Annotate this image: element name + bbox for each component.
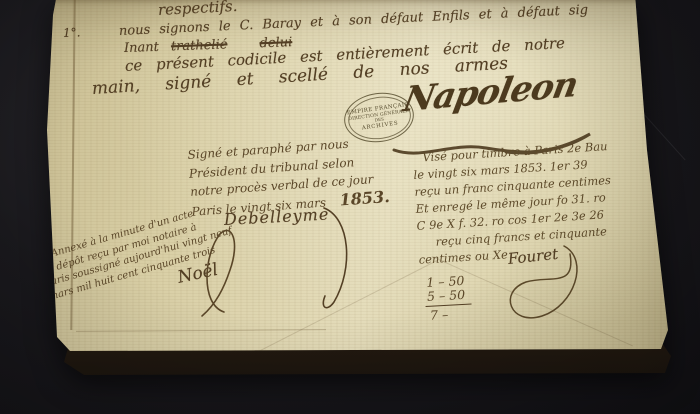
margin-rule-bottom bbox=[76, 329, 326, 332]
fouret-paraph bbox=[492, 238, 592, 338]
tally-row: 5 – 50 bbox=[427, 288, 466, 304]
tally-rows: 1 – 50 5 – 50 bbox=[424, 274, 472, 307]
sheet-wrapper: 1°. respectifs. nous signons le C. Baray… bbox=[0, 0, 700, 414]
stamp-text: EMPIRE FRANÇAIS bbox=[347, 102, 410, 117]
debelleyme-paraph bbox=[322, 206, 358, 316]
tally-total: 7 – bbox=[426, 305, 473, 323]
photograph-of-manuscript: 1°. respectifs. nous signons le C. Baray… bbox=[0, 0, 700, 414]
strike-lead-word: Inant bbox=[124, 40, 159, 56]
stamp-text: DES bbox=[374, 117, 384, 123]
handwriting-line: respectifs. bbox=[158, 0, 238, 19]
noel-signature-flourish bbox=[192, 226, 242, 316]
margin-clause-number: 1°. bbox=[63, 25, 81, 40]
fee-tally: 1 – 50 5 – 50 7 – bbox=[424, 274, 472, 323]
